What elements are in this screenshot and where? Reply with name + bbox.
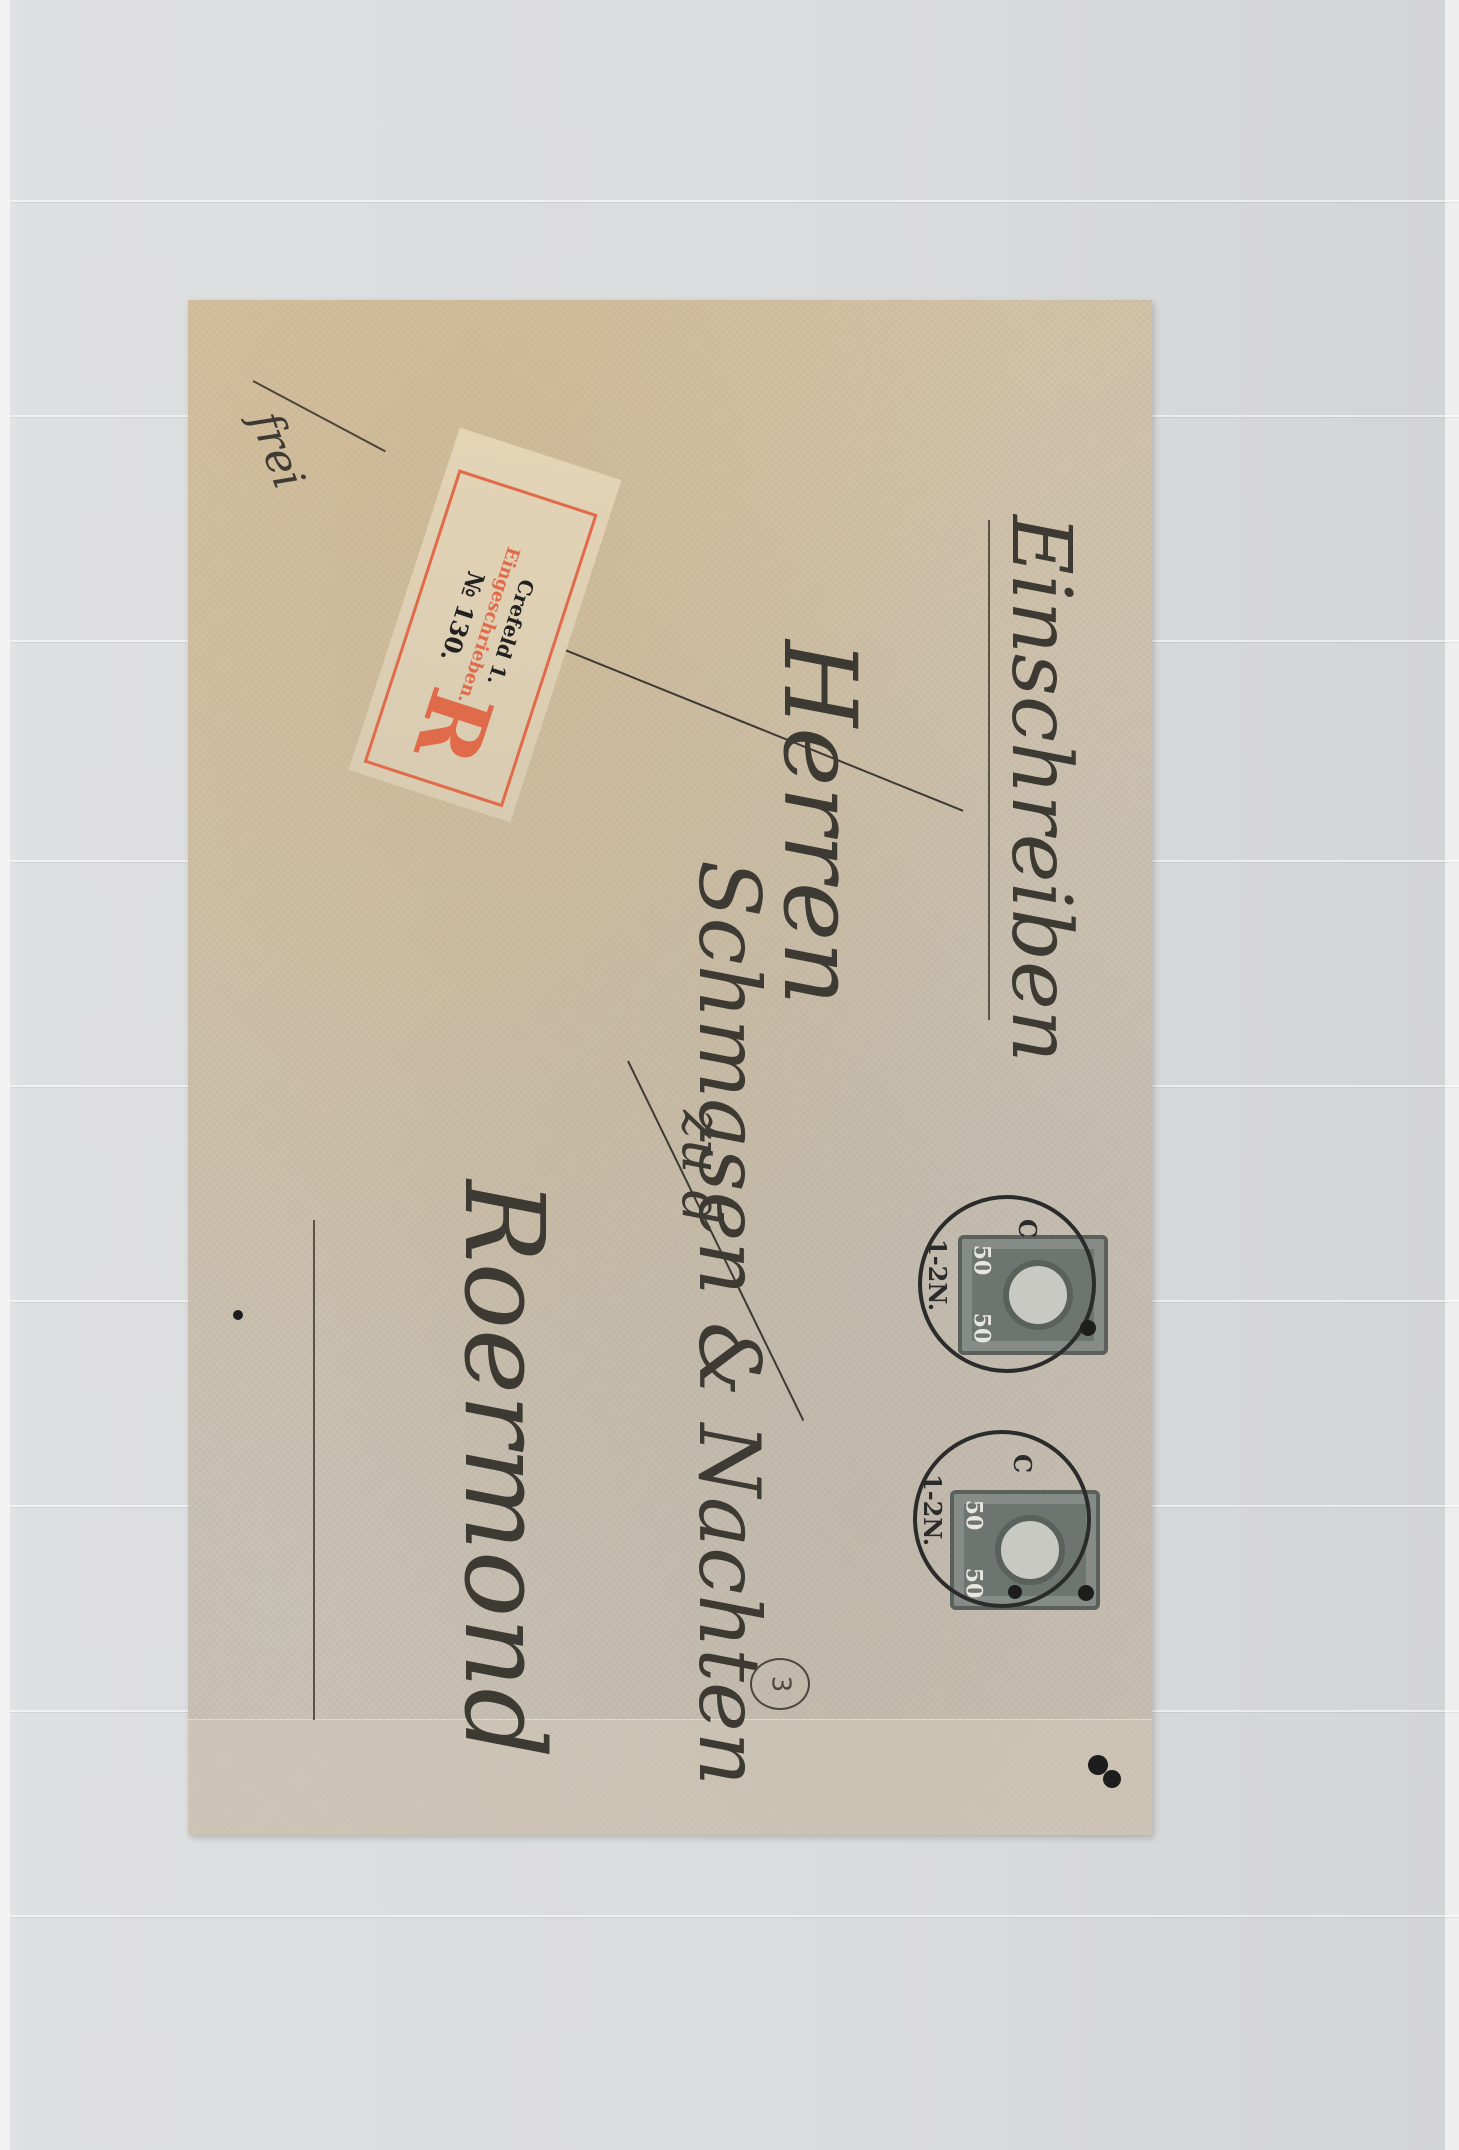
envelope-fold bbox=[188, 1719, 1152, 1835]
ink-dot bbox=[1103, 1770, 1121, 1788]
postmark-office: C bbox=[1013, 1219, 1042, 1238]
pencil-note: 3 bbox=[750, 1658, 810, 1710]
album-page-right-edge bbox=[1445, 0, 1459, 2150]
postmark-time: 1-2N. bbox=[918, 1474, 947, 1546]
album-page-edge bbox=[0, 0, 10, 2150]
destination-underline bbox=[313, 1220, 315, 1720]
postmark: C 1-2N. bbox=[918, 1195, 1096, 1373]
salutation: Herren bbox=[761, 640, 878, 1006]
addressee: Schmasen & Nachten bbox=[680, 860, 778, 1786]
ink-dot bbox=[1008, 1585, 1022, 1599]
ink-dot bbox=[233, 1310, 243, 1320]
salutation-stroke bbox=[518, 630, 964, 812]
pencil-note-text: 3 bbox=[765, 1676, 795, 1693]
postmark: C 1-2N. bbox=[913, 1430, 1091, 1608]
postmark-office: C bbox=[1008, 1454, 1037, 1473]
stock-strip bbox=[10, 200, 1459, 202]
envelope: frei Einschreiben Herren Schmasen & Nach… bbox=[188, 300, 1152, 1835]
ink-dot bbox=[1080, 1320, 1096, 1336]
service-underline bbox=[988, 520, 990, 1020]
stock-strip bbox=[10, 1915, 1459, 1917]
destination: Roermond bbox=[440, 1180, 568, 1759]
postmark-time: 1-2N. bbox=[923, 1239, 952, 1311]
ink-dot bbox=[1078, 1585, 1094, 1601]
franking-note: frei bbox=[240, 405, 314, 495]
service-note: Einschreiben bbox=[993, 515, 1088, 1063]
